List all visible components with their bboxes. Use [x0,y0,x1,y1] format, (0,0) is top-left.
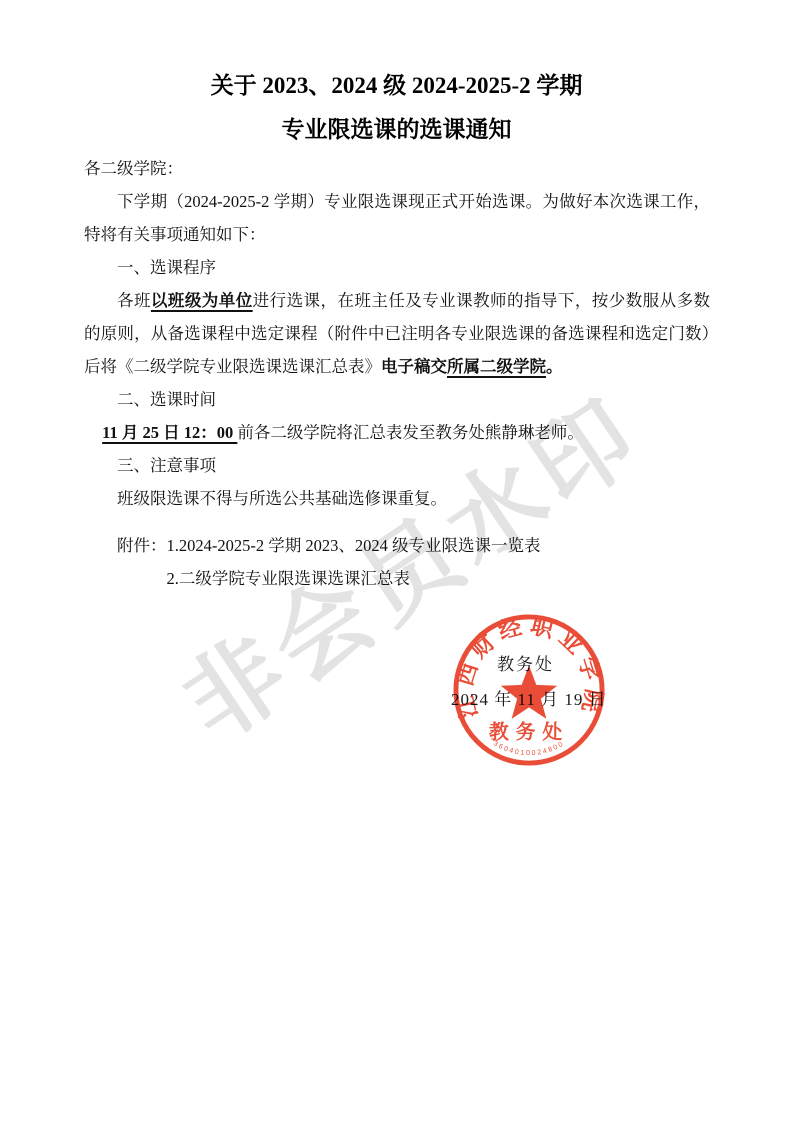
procedure-run-5-bold-underline: 所属二级学院 [447,357,546,376]
attachment-label: 附件： [117,536,167,555]
title-line-1: 关于 2023、2024 级 2024-2025-2 学期 [0,64,793,108]
procedure-run-1: 各班 [117,291,151,310]
document-content: 关于 2023、2024 级 2024-2025-2 学期 专业限选课的选课通知… [0,0,793,595]
paragraph-procedure: 各班以班级为单位进行选课，在班主任及专业课教师的指导下，按少数服从多数的原则，从… [84,284,710,383]
section-heading-2: 二、选课时间 [84,383,710,416]
procedure-run-4-bold: 电子稿交 [381,357,447,376]
paragraph-intro: 下学期（2024-2025-2 学期）专业限选课现正式开始选课。为做好本次选课工… [84,185,710,251]
procedure-run-2-bold-underline: 以班级为单位 [151,291,253,310]
seal-department-label: 教务处 [488,720,569,743]
paragraph-deadline: 11 月 25 日 12：00 前各二级学院将汇总表发至教务处熊静琳老师。 [84,416,710,449]
seal-star-icon [501,665,557,719]
document-title: 关于 2023、2024 级 2024-2025-2 学期 专业限选课的选课通知 [0,0,793,152]
deadline-datetime-bold-underline: 11 月 25 日 12：00 [102,423,237,442]
signature-and-seal-block: 教务处 2024 年 11 月 19 日 江西财经职业学院 教务处 360401… [440,595,650,800]
salutation: 各二级学院： [84,152,710,185]
document-body: 各二级学院： 下学期（2024-2025-2 学期）专业限选课现正式开始选课。为… [84,152,710,595]
notice-document-page: 非会员水印 关于 2023、2024 级 2024-2025-2 学期 专业限选… [0,0,793,1122]
section-heading-3: 三、注意事项 [84,449,710,482]
section-heading-1: 一、选课程序 [84,251,710,284]
title-line-2: 专业限选课的选课通知 [0,108,793,152]
attachments-block: 附件：1.2024-2025-2 学期 2023、2024 级专业限选课一览表 … [84,529,710,595]
paragraph-note: 班级限选课不得与所选公共基础选修课重复。 [84,482,710,515]
deadline-run-2: 前各二级学院将汇总表发至教务处熊静琳老师。 [237,423,584,442]
attachment-item-1: 1.2024-2025-2 学期 2023、2024 级专业限选课一览表 [167,536,541,555]
attachment-line-2: 2.二级学院专业限选课选课汇总表 [84,562,710,595]
official-red-seal: 江西财经职业学院 教务处 3604010024800 [450,611,608,769]
procedure-run-6-bold: 。 [546,357,563,376]
attachment-line-1: 附件：1.2024-2025-2 学期 2023、2024 级专业限选课一览表 [84,529,710,562]
